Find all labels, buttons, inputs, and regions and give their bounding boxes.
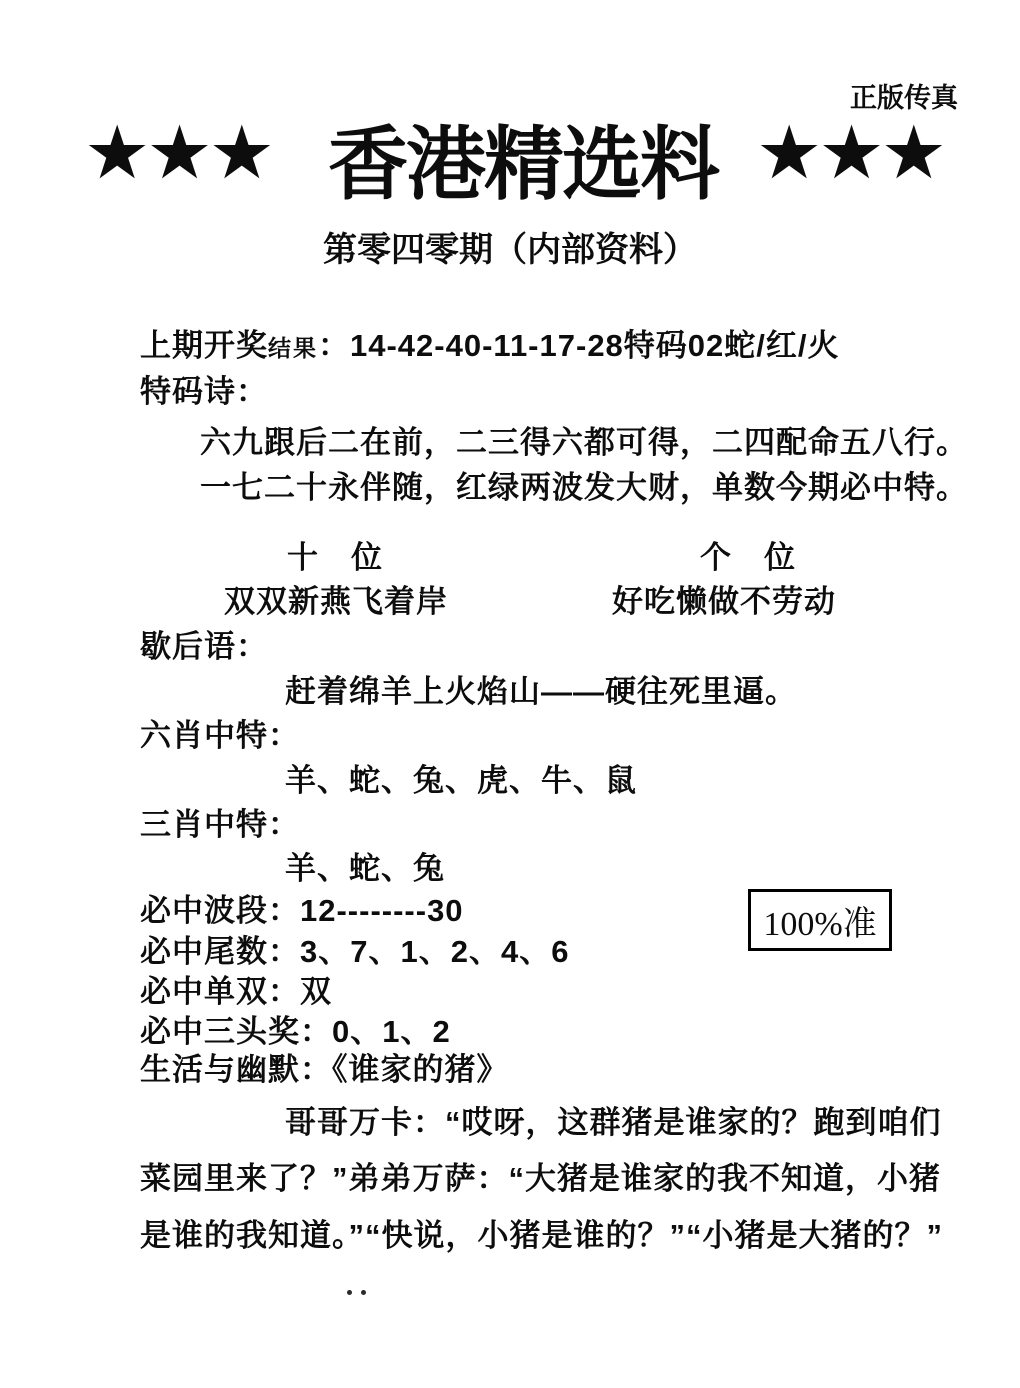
scan-artifact-dot: [347, 1290, 352, 1295]
xiehouyu-content: 赶着绵羊上火焰山——硬往死里逼。: [285, 666, 797, 711]
story-line-2: 菜园里来了？”弟弟万萨：“大猪是谁家的我不知道，小猪: [140, 1153, 941, 1198]
must-hit-tails: 必中尾数：3、7、1、2、4、6: [140, 926, 569, 971]
stars-right-icon: ★★★: [756, 116, 943, 190]
three-zodiac-label: 三肖中特：: [140, 799, 300, 844]
ones-position-phrase: 好吃懒做不劳动: [612, 576, 836, 621]
stars-left-icon: ★★★: [84, 116, 271, 190]
three-zodiac-content: 羊、蛇、兔: [285, 843, 445, 888]
six-zodiac-label: 六肖中特：: [140, 710, 300, 755]
must-hit-oddeven: 必中单双：双: [140, 966, 332, 1011]
six-zodiac-content: 羊、蛇、兔、虎、牛、鼠: [285, 755, 637, 800]
fax-document-page: 正版传真 ★★★ 香港精选料 ★★★ 第零四零期（内部资料） 上期开奖 结果 ：…: [0, 0, 1020, 1388]
previous-result-label-small: 结果: [268, 330, 318, 363]
must-hit-range: 必中波段：12--------30: [140, 885, 464, 930]
previous-result-label: 上期开奖: [140, 320, 268, 365]
issue-subtitle: 第零四零期（内部资料）: [0, 222, 1020, 271]
previous-result-value: ：14-42-40-11-17-28特码02蛇/红/火: [318, 320, 840, 365]
poem-label: 特码诗：: [140, 366, 268, 411]
poem-line-1: 六九跟后二在前，二三得六都可得，二四配命五八行。: [200, 417, 968, 462]
ones-position-header: 个 位: [700, 532, 796, 577]
tens-position-phrase: 双双新燕飞着岸: [224, 576, 448, 621]
tens-position-header: 十 位: [287, 532, 383, 577]
story-line-3: 是谁的我知道。”“快说，小猪是谁的？”“小猪是大猪的？”: [140, 1210, 943, 1255]
previous-result-line: 上期开奖 结果 ：14-42-40-11-17-28特码02蛇/红/火: [140, 320, 840, 365]
xiehouyu-label: 歇后语：: [140, 621, 268, 666]
poem-line-2: 一七二十永伴随，红绿两波发大财，单数今期必中特。: [200, 462, 968, 507]
story-line-1: 哥哥万卡：“哎呀，这群猪是谁家的？跑到咱们: [285, 1097, 942, 1142]
accuracy-badge: 100%准: [748, 889, 892, 951]
page-title: 香港精选料: [328, 100, 718, 215]
accuracy-badge-text: 100%准: [763, 896, 876, 945]
humor-title: 生活与幽默：《谁家的猪》: [140, 1044, 509, 1089]
scan-artifact-dot: [361, 1290, 366, 1295]
